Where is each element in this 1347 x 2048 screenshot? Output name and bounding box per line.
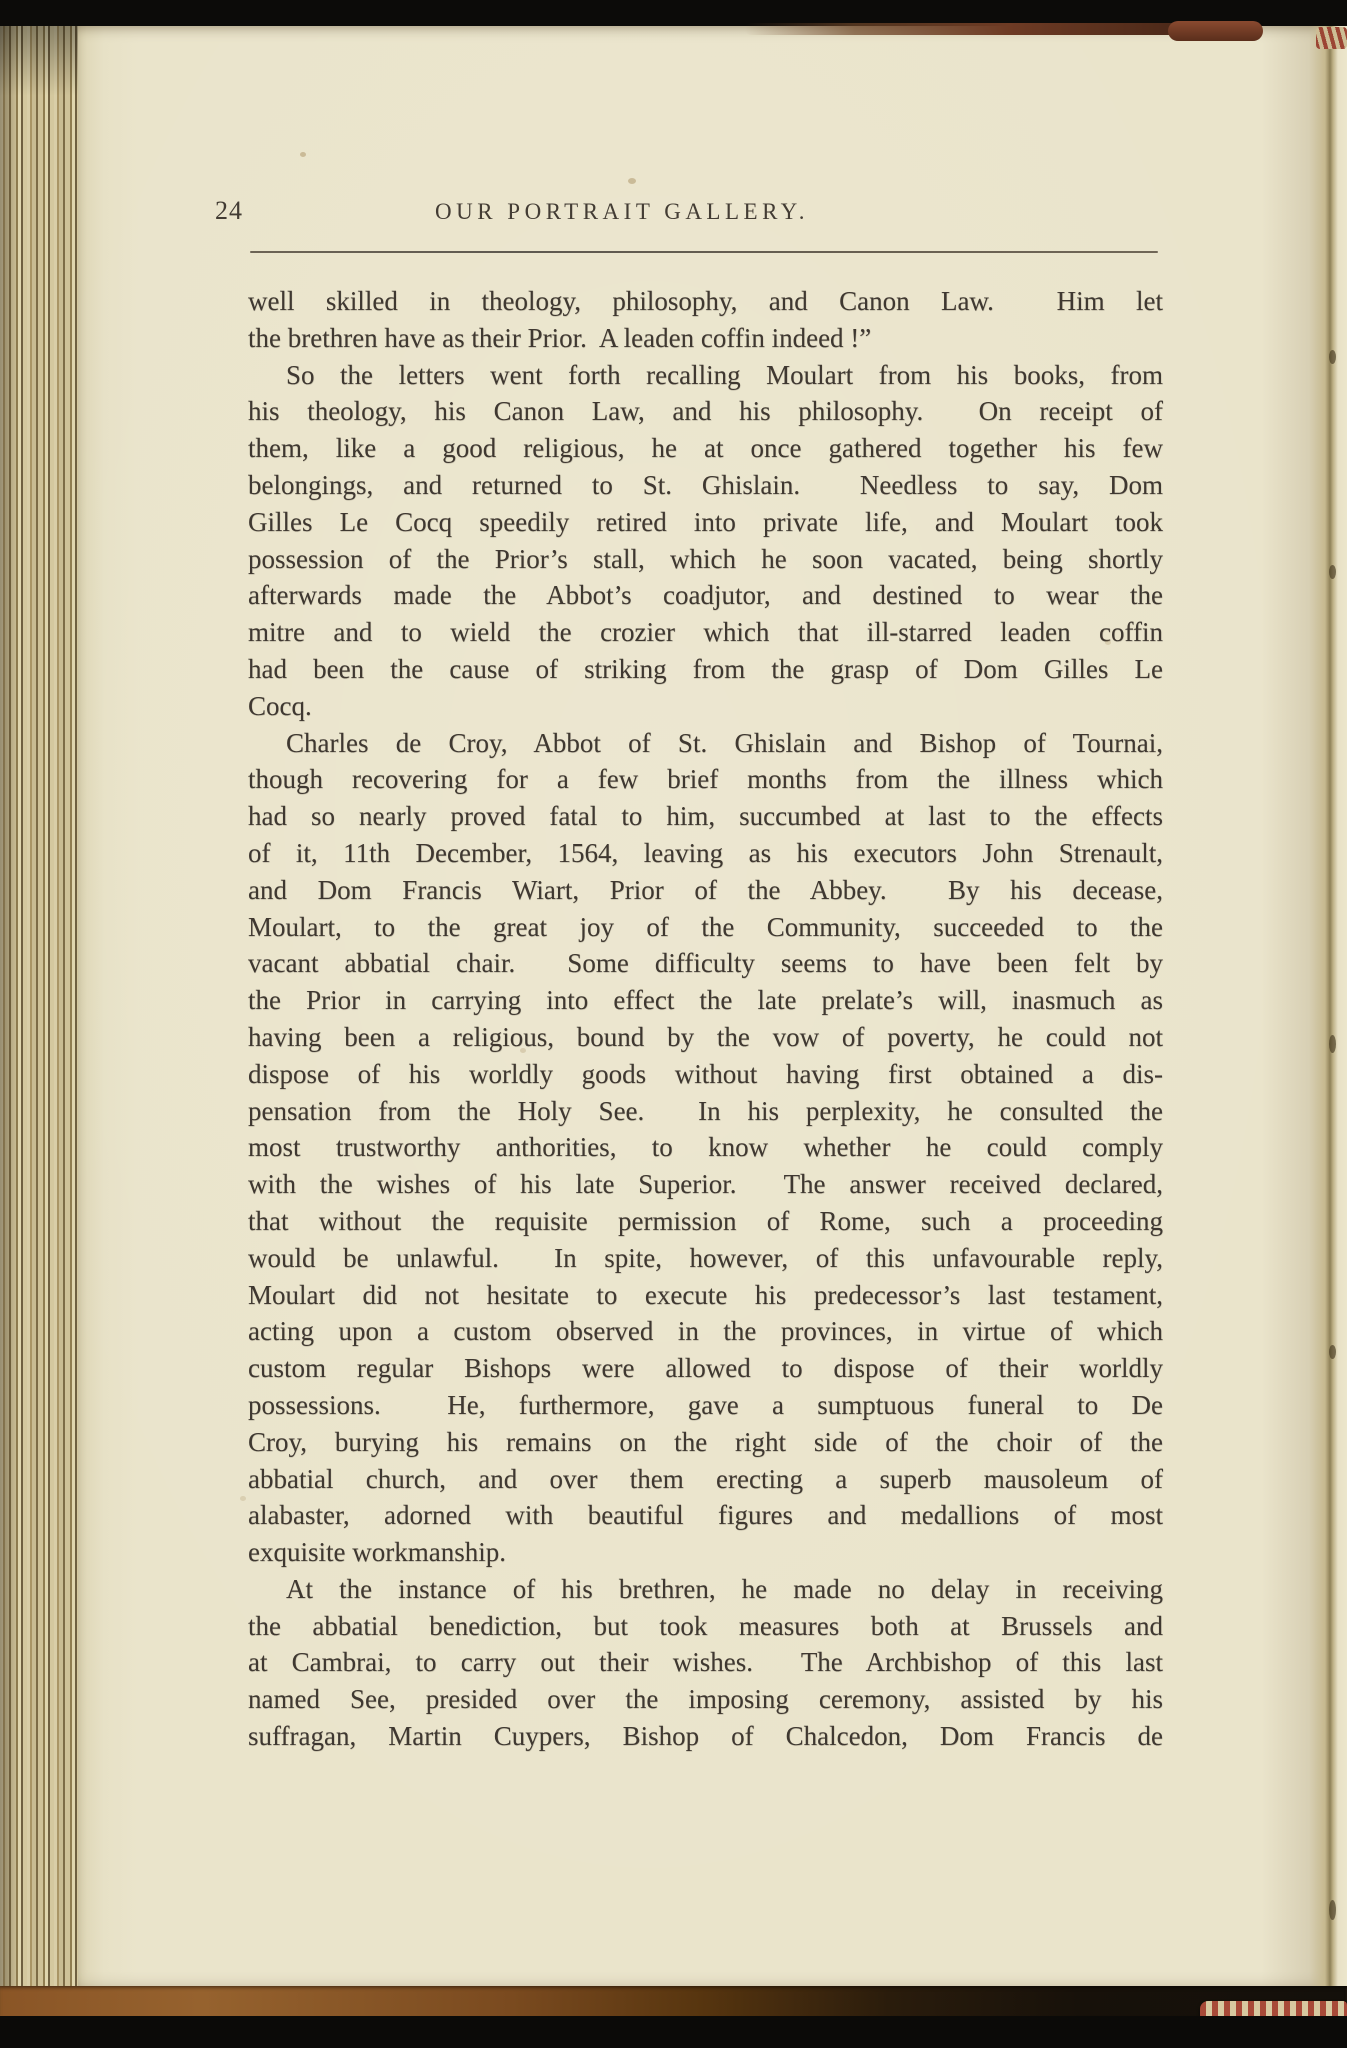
text-line: At the instance of his brethren, he made… [248, 1571, 1163, 1608]
text-line: custom regular Bishops were allowed to d… [248, 1350, 1163, 1387]
text-line: Moulart, to the great joy of the Communi… [248, 909, 1163, 946]
book-cover-cloth [0, 2016, 1347, 2048]
text-line: though recovering for a few brief months… [248, 761, 1163, 798]
foxing-speck [628, 178, 636, 184]
gutter-nick [1329, 350, 1336, 364]
text-line: Gilles Le Cocq speedily retired into pri… [248, 504, 1163, 541]
headband-top [1316, 27, 1347, 49]
header-rule [250, 251, 1158, 253]
text-line: having been a religious, bound by the vo… [248, 1019, 1163, 1056]
text-line: Moulart did not hesitate to execute his … [248, 1277, 1163, 1314]
text-line: Croy, burying his remains on the right s… [248, 1424, 1163, 1461]
text-line: afterwards made the Abbot’s coadjutor, a… [248, 577, 1163, 614]
text-line: Charles de Croy, Abbot of St. Ghislain a… [248, 725, 1163, 762]
text-line: had so nearly proved fatal to him, succu… [248, 798, 1163, 835]
text-line: exquisite workmanship. [248, 1534, 1163, 1571]
text-line: would be unlawful. In spite, however, of… [248, 1240, 1163, 1277]
gutter-nick [1329, 1345, 1336, 1359]
text-line: mitre and to wield the crozier which tha… [248, 614, 1163, 651]
text-line: most trustworthy anthorities, to know wh… [248, 1129, 1163, 1166]
running-title: OUR PORTRAIT GALLERY. [435, 199, 809, 225]
text-line: vacant abbatial chair. Some difficulty s… [248, 945, 1163, 982]
text-line: dispose of his worldly goods without hav… [248, 1056, 1163, 1093]
book-fore-edge-pages [0, 26, 80, 1990]
text-line: abbatial church, and over them erecting … [248, 1461, 1163, 1498]
text-line: Cocq. [248, 688, 1163, 725]
text-line: named See, presided over the imposing ce… [248, 1681, 1163, 1718]
text-line: at Cambrai, to carry out their wishes. T… [248, 1644, 1163, 1681]
text-line: that without the requisite permission of… [248, 1203, 1163, 1240]
text-line: acting upon a custom observed in the pro… [248, 1313, 1163, 1350]
text-line: them, like a good religious, he at once … [248, 430, 1163, 467]
text-line: and Dom Francis Wiart, Prior of the Abbe… [248, 872, 1163, 909]
text-line: had been the cause of striking from the … [248, 651, 1163, 688]
text-line: well skilled in theology, philosophy, an… [248, 283, 1163, 320]
gutter-nick [1329, 1900, 1336, 1920]
text-line: pensation from the Holy See. In his perp… [248, 1093, 1163, 1130]
page-text: well skilled in theology, philosophy, an… [248, 283, 1163, 1755]
text-line: possession of the Prior’s stall, which h… [248, 541, 1163, 578]
foxing-speck [520, 1048, 526, 1053]
top-page-edge [745, 23, 1185, 35]
page-number: 24 [215, 196, 243, 226]
gutter-nick [1329, 565, 1336, 579]
text-line: belongings, and returned to St. Ghislain… [248, 467, 1163, 504]
foxing-speck [300, 152, 306, 157]
text-line: possessions. He, furthermore, gave a sum… [248, 1387, 1163, 1424]
text-line: suffragan, Martin Cuypers, Bishop of Cha… [248, 1718, 1163, 1755]
text-line: the abbatial benediction, but took measu… [248, 1608, 1163, 1645]
spine-top-edge [1168, 21, 1263, 41]
text-line: So the letters went forth recalling Moul… [248, 357, 1163, 394]
page-gutter-crease [1261, 26, 1347, 1990]
text-line: with the wishes of his late Superior. Th… [248, 1166, 1163, 1203]
text-line: the Prior in carrying into effect the la… [248, 982, 1163, 1019]
text-line: his theology, his Canon Law, and his phi… [248, 393, 1163, 430]
foxing-speck [240, 1496, 246, 1501]
text-line: alabaster, adorned with beautiful figure… [248, 1497, 1163, 1534]
foxing-speck [1105, 640, 1111, 645]
book-scan: 24 OUR PORTRAIT GALLERY. well skilled in… [0, 0, 1347, 2048]
gutter-nick [1329, 1035, 1336, 1053]
text-line: the brethren have as their Prior. A lead… [248, 320, 1163, 357]
text-line: of it, 11th December, 1564, leaving as h… [248, 835, 1163, 872]
